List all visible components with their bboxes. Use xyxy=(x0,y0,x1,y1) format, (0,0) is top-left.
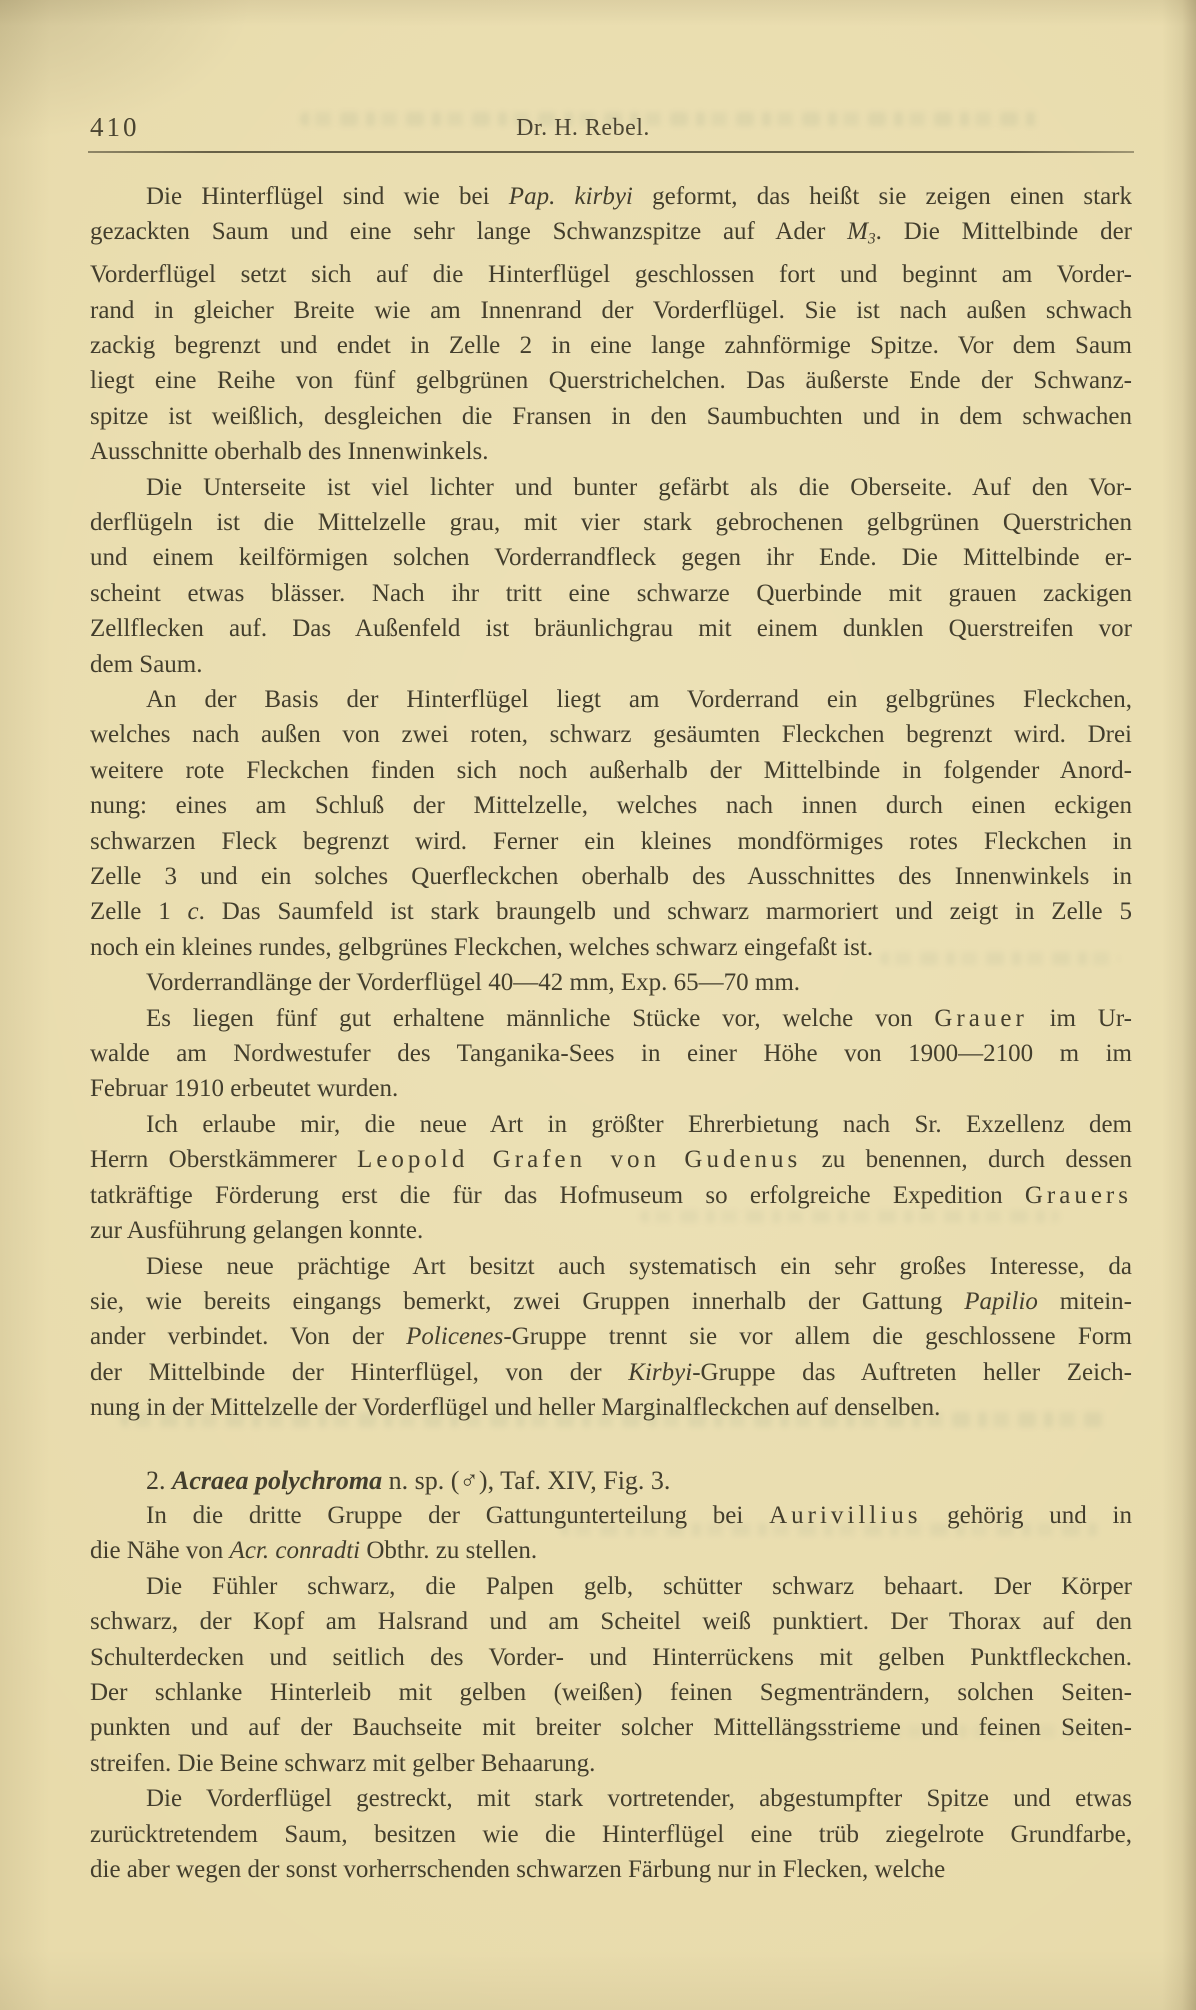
species-heading: 2. Acraea polychroma n. sp. (♂), Taf. XI… xyxy=(90,1463,1132,1498)
text-line: spitze ist weißlich, desgleichen die Fra… xyxy=(90,399,1132,434)
person-name-run: Grauer xyxy=(934,1005,1027,1032)
taxon-name-run: M xyxy=(847,218,868,245)
text-run: ander verbindet. Von der xyxy=(90,1323,406,1350)
text-run: 3 xyxy=(868,231,876,248)
text-line: ander verbindet. Von der Policenes-Grupp… xyxy=(90,1319,1132,1354)
text-run: -Gruppe das Auftreten heller Zeich- xyxy=(692,1359,1132,1386)
text-run: der Mittelbinde der Hinterflügel, von de… xyxy=(90,1359,628,1386)
text-line: Zellflecken auf. Das Außenfeld ist bräun… xyxy=(90,611,1132,646)
text-run: 2. xyxy=(146,1466,172,1495)
text-run: mitein- xyxy=(1038,1288,1132,1315)
paragraph: Die Fühler schwarz, die Palpen gelb, sch… xyxy=(90,1569,1132,1781)
text-line: Ausschnitte oberhalb des Innenwinkels. xyxy=(90,434,1132,469)
text-line: Ich erlaube mir, die neue Art in größter… xyxy=(90,1107,1132,1142)
running-header-title: Dr. H. Rebel. xyxy=(90,115,1076,142)
text-line: weitere rote Fleckchen finden sich noch … xyxy=(90,753,1132,788)
text-run: geformt, das heißt sie zeigen einen star… xyxy=(633,183,1132,210)
paragraph: An der Basis der Hinterflügel liegt am V… xyxy=(90,682,1132,965)
taxon-name-run: Acraea polychroma xyxy=(172,1466,382,1495)
text-run: -Gruppe trennt sie vor allem die geschlo… xyxy=(503,1323,1132,1350)
text-line: liegt eine Reihe von fünf gelbgrünen Que… xyxy=(90,363,1132,398)
text-run: In die dritte Gruppe der Gattunguntertei… xyxy=(146,1502,769,1529)
text-line: Vorderrandlänge der Vorderflügel 40—42 m… xyxy=(90,965,1132,1000)
text-line: walde am Nordwestufer des Tanganika-Sees… xyxy=(90,1036,1132,1071)
text-run: gezackten Saum und eine sehr lange Schwa… xyxy=(90,218,847,245)
text-line: die aber wegen der sonst vorherrschenden… xyxy=(90,1852,1132,1887)
paragraph: Die Hinterflügel sind wie bei Pap. kirby… xyxy=(90,179,1132,470)
text-run: im Ur- xyxy=(1028,1005,1132,1032)
text-run: . Das Saumfeld ist stark braungelb und s… xyxy=(199,898,1132,925)
text-run: Herrn Oberstkämmerer xyxy=(90,1146,357,1173)
taxon-name-run: Pap. kirbyi xyxy=(509,183,633,210)
text-line: tatkräftige Förderung erst die für das H… xyxy=(90,1178,1132,1213)
text-run: n. sp. (♂), Taf. XIV, Fig. 3. xyxy=(382,1466,670,1495)
taxon-name-run: Kirbyi xyxy=(628,1359,692,1386)
taxon-name-run: Papilio xyxy=(964,1288,1038,1315)
text-line: schwarz, der Kopf am Halsrand und am Sch… xyxy=(90,1604,1132,1639)
text-run: sie, wie bereits eingangs bemerkt, zwei … xyxy=(90,1288,964,1315)
paragraph: Die Unterseite ist viel lichter und bunt… xyxy=(90,470,1132,682)
text-line: rand in gleicher Breite wie am Innenrand… xyxy=(90,293,1132,328)
paragraph: Die Vorderflügel gestreckt, mit stark vo… xyxy=(90,1781,1132,1887)
text-run: . Die Mittelbinde der xyxy=(876,218,1132,245)
person-name-run: Grauers xyxy=(1025,1182,1132,1209)
scanned-book-page: 410 Dr. H. Rebel. Die Hinterflügel sind … xyxy=(0,0,1196,2010)
text-line: Es liegen fünf gut erhaltene männliche S… xyxy=(90,1001,1132,1036)
paragraph: Ich erlaube mir, die neue Art in größter… xyxy=(90,1107,1132,1249)
text-line: In die dritte Gruppe der Gattunguntertei… xyxy=(90,1498,1132,1533)
text-run: Es liegen fünf gut erhaltene männliche S… xyxy=(146,1005,934,1032)
text-line: welches nach außen von zwei roten, schwa… xyxy=(90,717,1132,752)
text-run: Zelle 1 xyxy=(90,898,188,925)
text-line: schwarzen Fleck begrenzt wird. Ferner ei… xyxy=(90,824,1132,859)
text-line: derflügeln ist die Mittelzelle grau, mit… xyxy=(90,505,1132,540)
text-line: Vorderflügel setzt sich auf die Hinterfl… xyxy=(90,257,1132,292)
text-line: gezackten Saum und eine sehr lange Schwa… xyxy=(90,214,1132,257)
header-rule xyxy=(88,151,1134,153)
text-line: punkten und auf der Bauchseite mit breit… xyxy=(90,1710,1132,1745)
person-name-run: Aurivillius xyxy=(769,1502,921,1529)
text-run: Die Hinterflügel sind wie bei xyxy=(146,183,509,210)
text-line: Herrn Oberstkämmerer Leopold Grafen von … xyxy=(90,1142,1132,1177)
taxon-name-run: Policenes xyxy=(406,1323,503,1350)
text-line: der Mittelbinde der Hinterflügel, von de… xyxy=(90,1355,1132,1390)
text-run: tatkräftige Förderung erst die für das H… xyxy=(90,1182,1025,1209)
text-line: 2. Acraea polychroma n. sp. (♂), Taf. XI… xyxy=(90,1463,1132,1498)
text-line: Die Vorderflügel gestreckt, mit stark vo… xyxy=(90,1781,1132,1816)
taxon-name-run: Acr. conradti xyxy=(230,1537,361,1564)
text-line: Zelle 3 und ein solches Querfleckchen ob… xyxy=(90,859,1132,894)
text-block: Die Hinterflügel sind wie bei Pap. kirby… xyxy=(90,179,1132,1887)
text-line: streifen. Die Beine schwarz mit gelber B… xyxy=(90,1746,1132,1781)
running-head: 410 Dr. H. Rebel. xyxy=(90,110,1134,144)
text-line: Der schlanke Hinterleib mit gelben (weiß… xyxy=(90,1675,1132,1710)
paragraph: Vorderrandlänge der Vorderflügel 40—42 m… xyxy=(90,965,1132,1000)
text-line: nung in der Mittelzelle der Vorderflügel… xyxy=(90,1390,1132,1425)
text-run: gehörig und in xyxy=(921,1502,1132,1529)
text-line: Diese neue prächtige Art besitzt auch sy… xyxy=(90,1249,1132,1284)
text-run: die Nähe von xyxy=(90,1537,230,1564)
text-line: noch ein kleines rundes, gelbgrünes Flec… xyxy=(90,930,1132,965)
text-line: Februar 1910 erbeutet wurden. xyxy=(90,1071,1132,1106)
paragraph: In die dritte Gruppe der Gattunguntertei… xyxy=(90,1498,1132,1569)
text-line: Schulterdecken und seitlich des Vorder- … xyxy=(90,1640,1132,1675)
taxon-name-run: c xyxy=(188,898,199,925)
text-line: scheint etwas blässer. Nach ihr tritt ei… xyxy=(90,576,1132,611)
text-line: nung: eines am Schluß der Mittelzelle, w… xyxy=(90,788,1132,823)
text-line: Die Hinterflügel sind wie bei Pap. kirby… xyxy=(90,179,1132,214)
text-line: Zelle 1 c. Das Saumfeld ist stark braung… xyxy=(90,894,1132,929)
person-name-run: Leopold Grafen von Gudenus xyxy=(357,1146,801,1173)
text-line: zackig begrenzt und endet in Zelle 2 in … xyxy=(90,328,1132,363)
text-line: sie, wie bereits eingangs bemerkt, zwei … xyxy=(90,1284,1132,1319)
text-line: Die Fühler schwarz, die Palpen gelb, sch… xyxy=(90,1569,1132,1604)
text-line: zur Ausführung gelangen konnte. xyxy=(90,1213,1132,1248)
text-run: Obthr. zu stellen. xyxy=(360,1537,537,1564)
text-line: An der Basis der Hinterflügel liegt am V… xyxy=(90,682,1132,717)
text-line: Die Unterseite ist viel lichter und bunt… xyxy=(90,470,1132,505)
text-line: zurücktretendem Saum, besitzen wie die H… xyxy=(90,1817,1132,1852)
text-line: und einem keilförmigen solchen Vorderran… xyxy=(90,540,1132,575)
text-run: zu benennen, durch dessen xyxy=(801,1146,1132,1173)
text-line: die Nähe von Acr. conradti Obthr. zu ste… xyxy=(90,1533,1132,1568)
paragraph: Diese neue prächtige Art besitzt auch sy… xyxy=(90,1249,1132,1426)
paragraph: Es liegen fünf gut erhaltene männliche S… xyxy=(90,1001,1132,1107)
text-line: dem Saum. xyxy=(90,647,1132,682)
